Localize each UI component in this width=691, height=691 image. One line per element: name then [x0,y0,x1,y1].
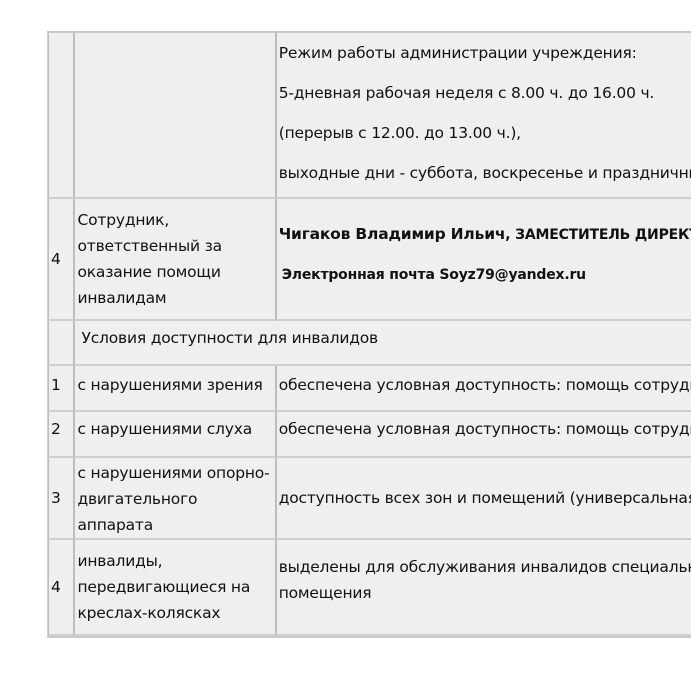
table-row: 1 с нарушениями зрения обеспечена условн… [48,366,691,412]
schedule-break: (перерыв с 12.00. до 13.00 ч.), [279,113,691,153]
row-category: инвалиды, передвигающиеся на креслах-кол… [73,540,274,636]
section-header: Условия доступности для инвалидов [73,321,691,366]
table-row: 3 с нарушениями опорно-двигательного апп… [48,458,691,540]
row-number [48,33,73,199]
table-row-section-header: Условия доступности для инвалидов [48,321,691,366]
schedule-title: Режим работы администрации учреждения: [279,33,691,73]
row-label [73,33,274,199]
row-number [48,321,73,366]
row-category: с нарушениями зрения [73,366,274,412]
row-value: обеспечена условная доступность: помощь … [275,412,691,458]
row-number: 3 [48,458,73,540]
row-number: 4 [48,540,73,636]
row-label: Сотрудник, ответственный за оказание пом… [73,199,274,321]
schedule-week: 5-дневная рабочая неделя с 8.00 ч. до 16… [279,73,691,113]
email-line: Электронная почта Soyz79@yandex.ru [279,262,691,288]
email-label: Электронная почта [282,267,440,283]
person-position: , ЗАМЕСТИТЕЛЬ ДИРЕКТОРА [505,227,691,243]
schedule-weekends: выходные дни - суббота, воскресенье и пр… [279,153,691,193]
table-row: 4 инвалиды, передвигающиеся на креслах-к… [48,540,691,636]
row-value: доступность всех зон и помещений (универ… [275,458,691,540]
row-value-line: помещения [279,580,691,606]
table-row-schedule: Режим работы администрации учреждения: 5… [48,33,691,199]
work-schedule-cell: Режим работы администрации учреждения: 5… [275,33,691,199]
row-number: 1 [48,366,73,412]
table-row: 2 с нарушениями слуха обеспечена условна… [48,412,691,458]
row-number: 2 [48,412,73,458]
table-row-responsible: 4 Сотрудник, ответственный за оказание п… [48,199,691,321]
row-value-line: выделены для обслуживания инвалидов спец… [279,554,691,580]
responsible-person-cell: Чигаков Владимир Ильич, ЗАМЕСТИТЕЛЬ ДИРЕ… [275,199,691,321]
responsible-person: Чигаков Владимир Ильич, ЗАМЕСТИТЕЛЬ ДИРЕ… [279,221,691,248]
email-link[interactable]: Soyz79@yandex.ru [439,267,586,283]
row-number: 4 [48,199,73,321]
row-category: с нарушениями опорно-двигательного аппар… [73,458,274,540]
row-category: с нарушениями слуха [73,412,274,458]
row-value: обеспечена условная доступность: помощь … [275,366,691,412]
accessibility-table: Режим работы администрации учреждения: 5… [47,31,691,638]
row-value: выделены для обслуживания инвалидов спец… [275,540,691,636]
person-name: Чигаков Владимир Ильич [279,225,506,243]
